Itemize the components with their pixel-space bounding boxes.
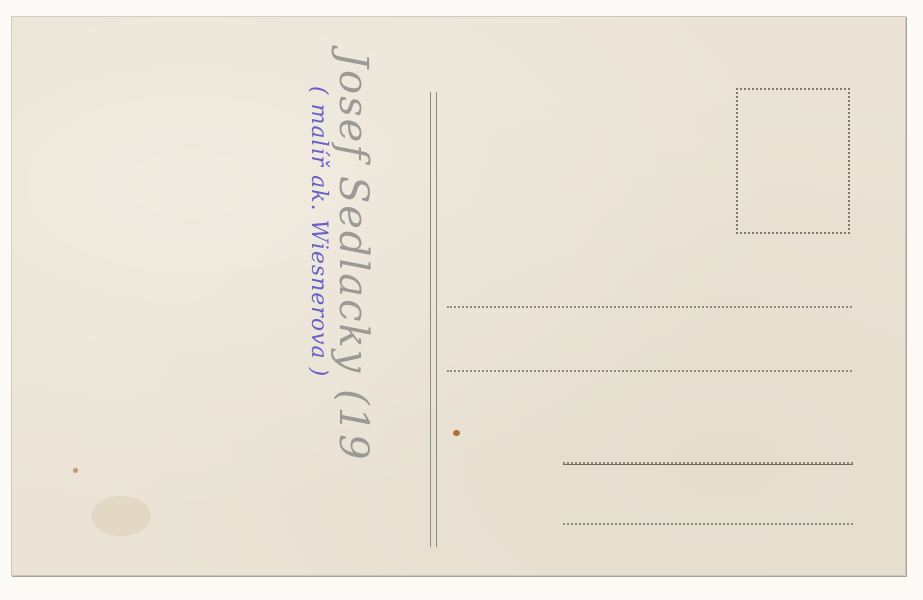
center-divider [430,92,437,547]
address-line-4 [563,523,853,525]
ink-inscription: ( malíř ak. Wiesnerova ) [306,86,331,377]
address-line-3 [563,462,853,465]
address-line-1 [447,306,852,308]
postcard-back: Josef Sedlacky (19 ( malíř ak. Wiesnerov… [11,16,906,576]
stain-spot [453,430,460,436]
stain-spot [91,496,151,536]
address-line-2 [447,370,852,372]
stain-spot [73,468,78,473]
pencil-inscription: Josef Sedlacky (19 [330,52,376,462]
stamp-box [736,88,850,234]
